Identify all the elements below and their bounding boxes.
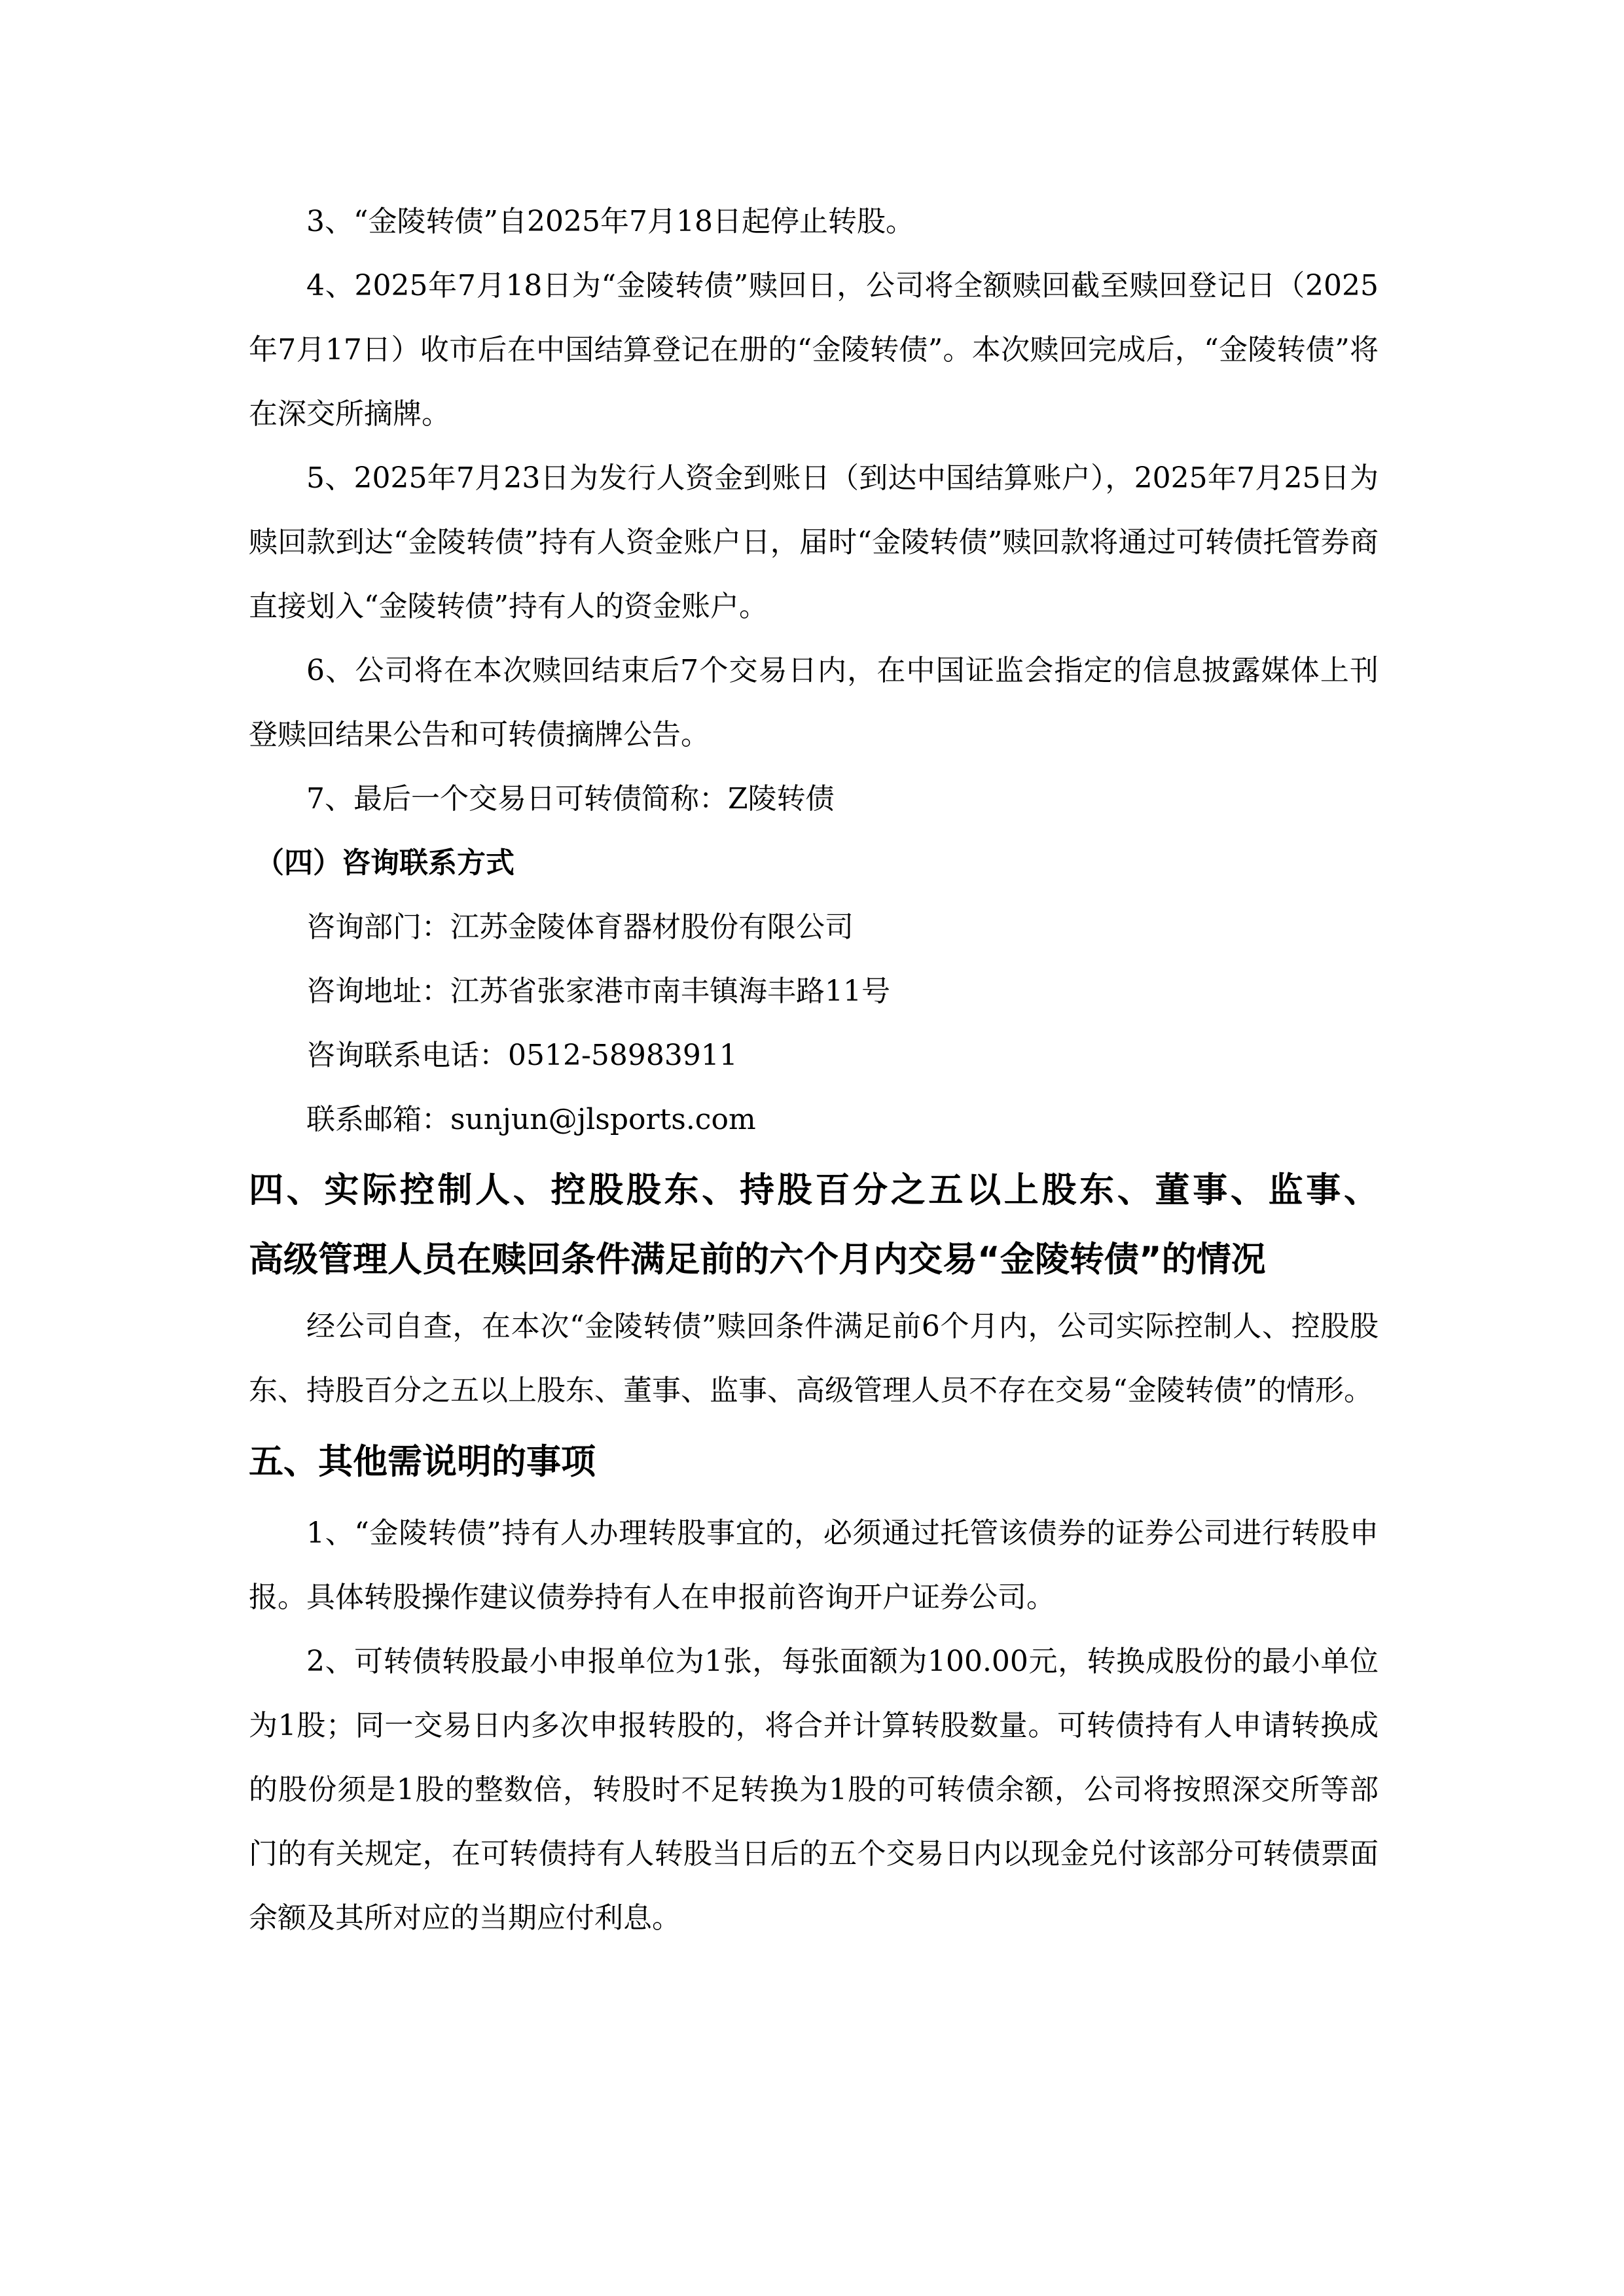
- paragraph-item-4: 4、2025年7月18日为“金陵转债”赎回日，公司将全额赎回截至赎回登记日（20…: [249, 254, 1379, 446]
- section-5-item-2: 2、可转债转股最小申报单位为1张，每张面额为100.00元，转换成股份的最小单位…: [249, 1630, 1379, 1950]
- paragraph-item-6: 6、公司将在本次赎回结束后7个交易日内，在中国证监会指定的信息披露媒体上刊登赎回…: [249, 639, 1379, 767]
- section-4-heading: 四、实际控制人、控股股东、持股百分之五以上股东、董事、监事、 高级管理人员在赎回…: [249, 1156, 1379, 1295]
- contact-department: 咨询部门：江苏金陵体育器材股份有限公司: [249, 895, 1379, 960]
- paragraph-item-5: 5、2025年7月23日为发行人资金到账日（到达中国结算账户），2025年7月2…: [249, 446, 1379, 639]
- contact-phone: 咨询联系电话：0512-58983911: [249, 1024, 1379, 1088]
- contact-section-heading: （四）咨询联系方式: [249, 831, 1379, 895]
- section-4-heading-line-2: 高级管理人员在赎回条件满足前的六个月内交易“金陵转债”的情况: [249, 1225, 1379, 1295]
- contact-address: 咨询地址：江苏省张家港市南丰镇海丰路11号: [249, 960, 1379, 1024]
- section-4-body: 经公司自查，在本次“金陵转债”赎回条件满足前6个月内，公司实际控制人、控股股东、…: [249, 1295, 1379, 1423]
- paragraph-item-7: 7、最后一个交易日可转债简称：Z陵转债: [249, 767, 1379, 831]
- section-5-heading: 五、其他需说明的事项: [249, 1423, 1379, 1501]
- contact-email: 联系邮箱：sunjun@jlsports.com: [249, 1088, 1379, 1152]
- paragraph-item-3: 3、“金陵转债”自2025年7月18日起停止转股。: [249, 190, 1379, 254]
- section-4-heading-line-1: 四、实际控制人、控股股东、持股百分之五以上股东、董事、监事、: [249, 1156, 1379, 1225]
- document-body: 3、“金陵转债”自2025年7月18日起停止转股。 4、2025年7月18日为“…: [249, 190, 1379, 1950]
- section-5-item-1: 1、“金陵转债”持有人办理转股事宜的，必须通过托管该债券的证券公司进行转股申报。…: [249, 1501, 1379, 1630]
- document-page: 3、“金陵转债”自2025年7月18日起停止转股。 4、2025年7月18日为“…: [0, 0, 1624, 2296]
